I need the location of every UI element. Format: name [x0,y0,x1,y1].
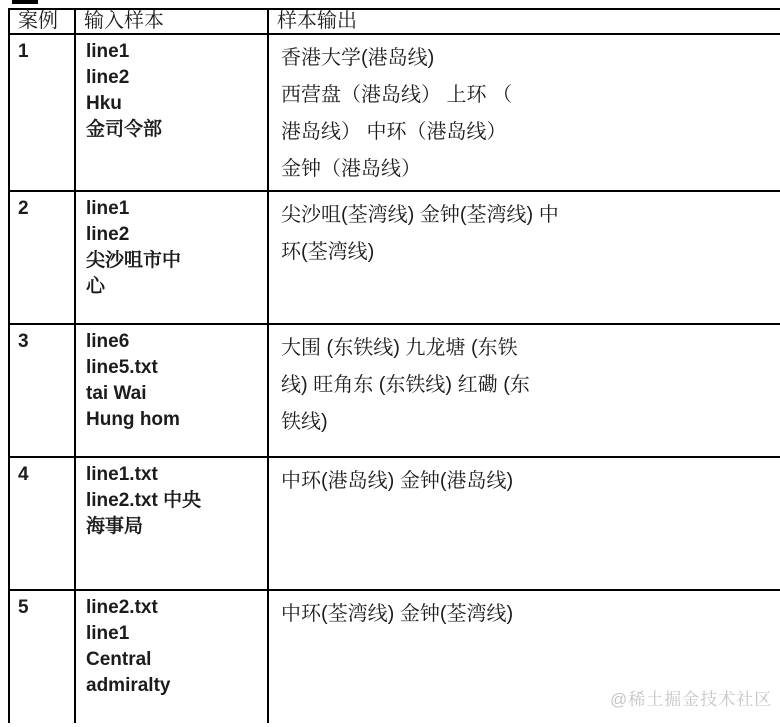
case-number: 3 [9,324,75,457]
column-header-input: 输入样本 [75,9,268,34]
table-row: 3 line6 line5.txt tai Wai Hung hom 大围 (东… [9,324,780,457]
case-number: 4 [9,457,75,590]
table-row: 2 line1 line2 尖沙咀市中 心 尖沙咀(荃湾线) 金钟(荃湾线) 中… [9,191,780,324]
sample-output-cell: 尖沙咀(荃湾线) 金钟(荃湾线) 中 环(荃湾线) [268,191,780,324]
input-sample-cell: line6 line5.txt tai Wai Hung hom [75,324,268,457]
input-sample-cell: line1.txt line2.txt 中央 海事局 [75,457,268,590]
case-number: 1 [9,34,75,191]
table-row: 1 line1 line2 Hku 金司令部 香港大学(港岛线) 西营盘（港岛线… [9,34,780,191]
case-number: 5 [9,590,75,723]
watermark: @稀土掘金技术社区 [610,685,772,710]
table-row: 4 line1.txt line2.txt 中央 海事局 中环(港岛线) 金钟(… [9,457,780,590]
input-sample-cell: line1 line2 Hku 金司令部 [75,34,268,191]
table-header-row: 案例 输入样本 样本输出 [9,9,780,34]
document-page: 案例 输入样本 样本输出 1 line1 line2 Hku 金司令部 香港大学… [0,0,780,727]
column-header-case: 案例 [9,9,75,34]
input-sample-cell: line1 line2 尖沙咀市中 心 [75,191,268,324]
input-sample-cell: line2.txt line1 Central admiralty [75,590,268,723]
case-number: 2 [9,191,75,324]
sample-output-cell: 香港大学(港岛线) 西营盘（港岛线） 上环 （ 港岛线） 中环（港岛线） 金钟（… [268,34,780,191]
heading-underline-mark [12,0,38,4]
sample-cases-table: 案例 输入样本 样本输出 1 line1 line2 Hku 金司令部 香港大学… [8,8,780,723]
column-header-output: 样本输出 [268,9,780,34]
sample-output-cell: 中环(港岛线) 金钟(港岛线) [268,457,780,590]
sample-output-cell: 大围 (东铁线) 九龙塘 (东铁 线) 旺角东 (东铁线) 红磡 (东 铁线) [268,324,780,457]
